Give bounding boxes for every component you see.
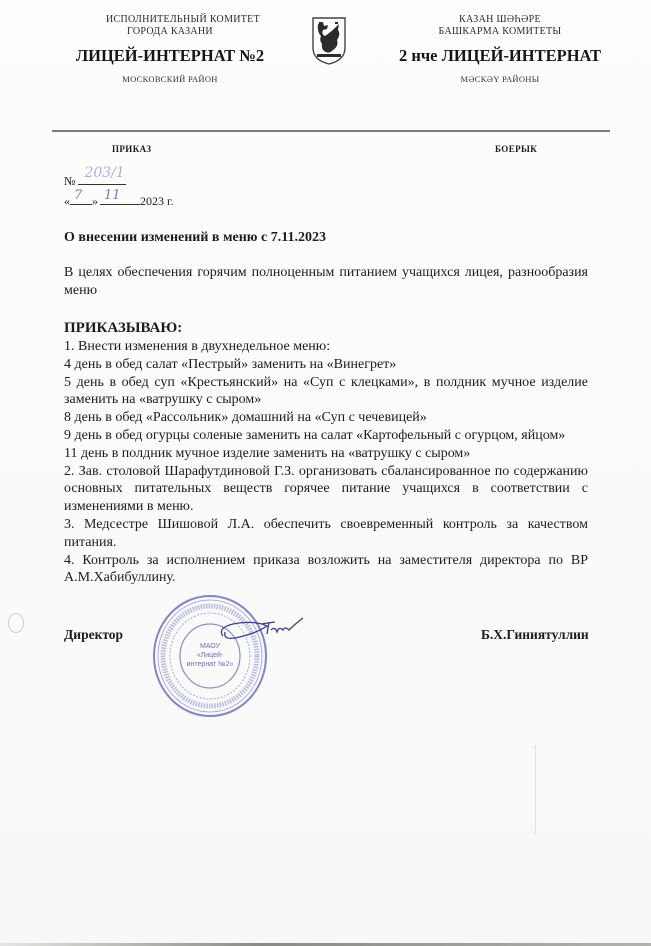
number-field: 203/1 <box>78 172 126 185</box>
coat-of-arms-icon <box>311 16 347 66</box>
handwritten-number: 203/1 <box>84 165 124 181</box>
doc-type-ru: ПРИКАЗ <box>112 144 151 154</box>
order-date: «7»112023 г. <box>64 192 174 209</box>
signatory-name: Б.Х.Гиниятуллин <box>481 627 589 643</box>
order-heading: ПРИКАЗЫВАЮ: <box>64 320 182 337</box>
day-field: 7 <box>70 192 92 205</box>
order-item: 4 день в обед салат «Пестрый» заменить н… <box>64 356 588 374</box>
order-number: № 203/1 <box>64 172 126 189</box>
paper-fold <box>535 745 536 835</box>
svg-text:МАОУ: МАОУ <box>200 643 221 650</box>
header-left-block: ИСПОЛНИТЕЛЬНЫЙ КОМИТЕТ ГОРОДА КАЗАНИ ЛИЦ… <box>40 14 300 84</box>
svg-text:«Лицей-: «Лицей- <box>197 651 224 659</box>
order-subject: О внесении изменений в меню с 7.11.2023 <box>64 230 326 246</box>
official-stamp-icon: МАОУ «Лицей- интернат №2» <box>150 594 270 719</box>
header-right-line2: БАШКАРМА КОМИТЕТЫ <box>360 26 640 38</box>
header-right-block: КАЗАН ШӘҺӘРЕ БАШКАРМА КОМИТЕТЫ 2 нче ЛИЦ… <box>360 14 640 84</box>
handwritten-day: 7 <box>74 188 82 203</box>
order-intro: В целях обеспечения горячим полноценным … <box>64 264 588 300</box>
order-item: 11 день в полдник мучное изделие заменит… <box>64 445 588 463</box>
order-item: 2. Зав. столовой Шарафутдиновой Г.З. орг… <box>64 463 588 516</box>
header-right-line1: КАЗАН ШӘҺӘРЕ <box>360 14 640 26</box>
handwritten-month: 11 <box>104 188 121 203</box>
header-left-district: МОСКОВСКИЙ РАЙОН <box>40 74 300 84</box>
order-item: 3. Медсестре Шишовой Л.А. обеспечить сво… <box>64 516 588 552</box>
header-left-title: ЛИЦЕЙ-ИНТЕРНАТ №2 <box>40 46 300 66</box>
number-prefix: № <box>64 174 75 188</box>
header-right-district: МӘСКӘҮ РАЙОНЫ <box>360 74 640 84</box>
document-page: ИСПОЛНИТЕЛЬНЫЙ КОМИТЕТ ГОРОДА КАЗАНИ ЛИЦ… <box>0 0 651 946</box>
order-item: 9 день в обед огурцы соленые заменить на… <box>64 427 588 445</box>
date-close-quote: » <box>92 194 98 208</box>
doc-type-tt: БОЕРЫК <box>495 144 537 154</box>
header-left-line2: ГОРОДА КАЗАНИ <box>40 26 300 38</box>
order-item: 1. Внести изменения в двухнедельное меню… <box>64 338 588 356</box>
month-field: 11 <box>100 192 140 205</box>
order-items: 1. Внести изменения в двухнедельное меню… <box>64 338 588 587</box>
order-item: 4. Контроль за исполнением приказа возло… <box>64 552 588 588</box>
date-year: 2023 г. <box>140 194 174 208</box>
header-divider <box>52 130 610 132</box>
order-item: 5 день в обед суп «Крестьянский» на «Суп… <box>64 374 588 410</box>
svg-text:интернат №2»: интернат №2» <box>187 661 234 668</box>
order-item: 8 день в обед «Рассольник» домашний на «… <box>64 409 588 427</box>
signatory-position: Директор <box>64 627 123 643</box>
header-right-title: 2 нче ЛИЦЕЙ-ИНТЕРНАТ <box>360 46 640 66</box>
header-left-line1: ИСПОЛНИТЕЛЬНЫЙ КОМИТЕТ <box>40 14 300 26</box>
punch-hole <box>8 613 24 633</box>
handwritten-signature-icon <box>215 614 315 644</box>
